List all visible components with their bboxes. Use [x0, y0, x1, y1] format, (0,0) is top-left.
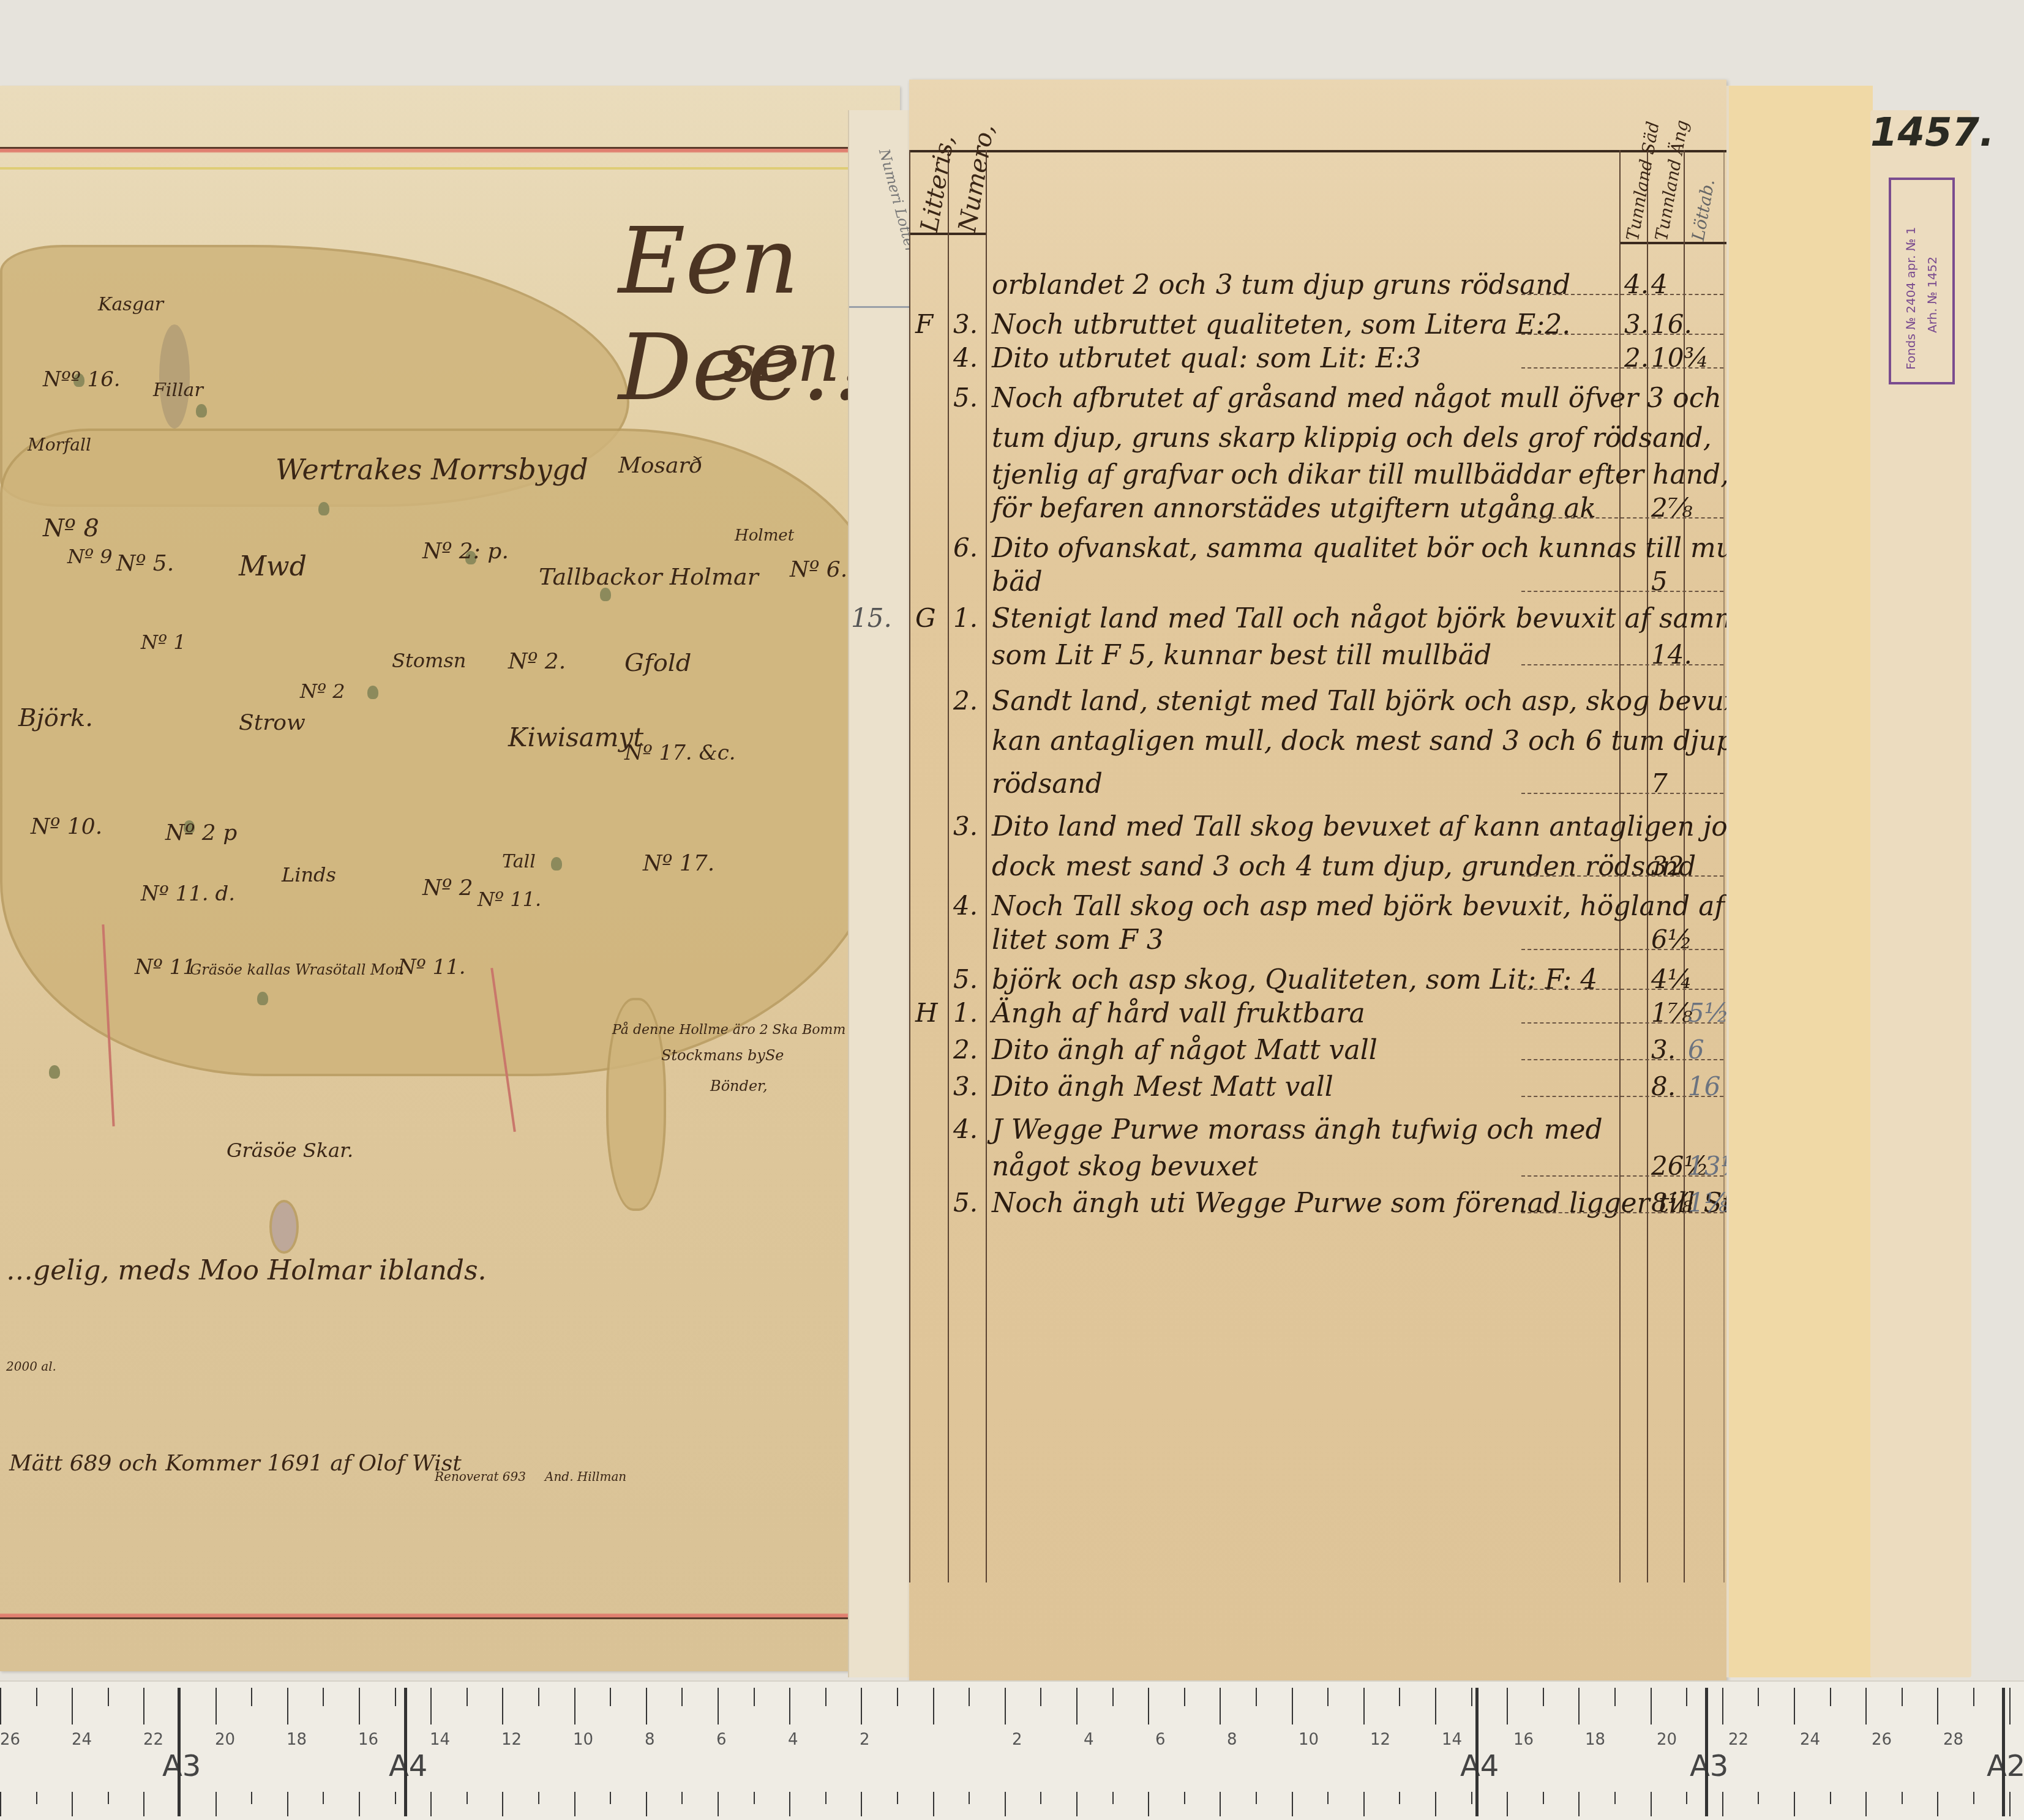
archive-number: 1457. — [1870, 110, 1994, 155]
map-label: Nº 2. — [508, 649, 566, 674]
tree-icon — [318, 502, 329, 515]
row-description: för befaren annorstädes utgiftern utgång… — [992, 493, 1596, 524]
leader-dashes — [1521, 793, 1723, 794]
ruler-tick — [969, 1688, 970, 1706]
ruler-tick — [718, 1792, 719, 1816]
ruler-tick — [1399, 1688, 1400, 1706]
ruler-tick — [1005, 1688, 1006, 1725]
tree-icon — [49, 1065, 60, 1079]
ruler-number: 10 — [1299, 1731, 1319, 1749]
ruler-tick — [610, 1792, 611, 1804]
row-litteris: F — [915, 309, 933, 339]
row-description: Noch afbrutet af gråsand med något mull … — [992, 383, 1747, 414]
ruler-tick — [1292, 1688, 1293, 1725]
col-line — [948, 150, 949, 1582]
ruler-tick — [287, 1792, 288, 1816]
ruler-tick — [1651, 1792, 1652, 1816]
map-label: Nº 6. — [790, 557, 847, 582]
ruler-number: 6 — [716, 1731, 727, 1749]
map-label: Nº 17. — [643, 851, 714, 876]
ruler-number: 12 — [501, 1731, 522, 1749]
map-label: Nº 17. &c. — [624, 741, 736, 765]
ruler-tick — [1399, 1792, 1400, 1804]
map-border-red — [0, 147, 894, 153]
ruler-tick — [1220, 1688, 1221, 1725]
ruler-tick — [1686, 1792, 1687, 1804]
row-description: Noch utbruttet qualiteten, som Litera E:… — [992, 309, 1570, 340]
ruler-tick — [36, 1792, 37, 1804]
ruler-tick — [1507, 1688, 1508, 1725]
map-label: Nº 2: p. — [422, 539, 509, 564]
ledger-top-rule — [909, 150, 1726, 152]
ruler-tick — [1973, 1792, 1974, 1804]
row-numero: 1. — [953, 603, 978, 633]
ruler-tick — [897, 1792, 898, 1804]
map-label: Nº 11. — [398, 955, 466, 979]
ruler-number: 8 — [645, 1731, 655, 1749]
ruler-tick — [1040, 1792, 1041, 1804]
ruler-format-line — [2002, 1688, 2005, 1816]
ruler-tick — [1902, 1688, 1903, 1706]
ruler-tick — [1758, 1792, 1759, 1804]
ruler-format-label: A4 — [389, 1749, 427, 1783]
row-description: björk och asp skog, Qualiteten, som Lit:… — [992, 964, 1597, 995]
ruler-number: 16 — [358, 1731, 378, 1749]
ruler-tick — [502, 1792, 503, 1816]
ruler-number: 4 — [788, 1731, 798, 1749]
ruler-number: 2 — [860, 1731, 870, 1749]
row-numero: 1. — [953, 998, 978, 1028]
backing-strip — [1726, 86, 1873, 1677]
ruler-number: 16 — [1513, 1731, 1534, 1749]
map-label: Holmet — [735, 526, 794, 545]
ruler-tick — [1543, 1688, 1544, 1706]
leader-dashes — [1521, 591, 1723, 592]
map-label: Gräsöe kallas Wrasötall Mon — [190, 961, 404, 978]
row-numero: 3. — [953, 309, 978, 339]
map-label: Wertrakes Morrsbygd — [275, 453, 588, 486]
row-description: Ängh af hård vall fruktbara — [992, 998, 1365, 1029]
ruler-tick — [36, 1688, 37, 1706]
ruler-tick — [216, 1792, 217, 1816]
ruler-tick — [72, 1792, 73, 1816]
ruler-tick — [1112, 1688, 1114, 1706]
ruler-number: 12 — [1370, 1731, 1390, 1749]
ruler-tick — [1578, 1792, 1580, 1816]
ruler-tick — [143, 1792, 144, 1816]
ruler-format-label: A3 — [1690, 1749, 1728, 1783]
map-label: And. Hillman — [545, 1469, 626, 1484]
ruler-tick — [1435, 1792, 1436, 1816]
ruler-number: 20 — [215, 1731, 235, 1749]
ruler-number: 2 — [1012, 1731, 1022, 1749]
ruler-tick — [108, 1792, 109, 1804]
ruler-tick — [897, 1688, 898, 1706]
map-border-bottom — [0, 1613, 894, 1619]
row-description: kan antagligen mull, dock mest sand 3 oc… — [992, 725, 1829, 757]
map-label: På denne Hollme äro 2 Ska Bomm — [612, 1022, 845, 1038]
map-label: Kiwisamyt — [508, 722, 643, 752]
row-numero: 5. — [953, 1188, 978, 1218]
map-label: Linds — [282, 863, 336, 886]
ruler-tick — [0, 1688, 1, 1725]
map-label: Nº 5. — [116, 551, 174, 576]
ruler-tick — [395, 1688, 396, 1706]
ruler-tick — [1363, 1792, 1365, 1816]
ruler-tick — [1830, 1792, 1831, 1804]
map-label: Stomsn — [392, 649, 466, 672]
ruler-tick — [1148, 1792, 1149, 1816]
ruler-tick — [359, 1792, 360, 1816]
ruler-tick — [861, 1792, 862, 1816]
row-description: J Wegge Purwe morass ängh tufwig och med — [992, 1114, 1603, 1145]
row-numero: 4. — [953, 891, 978, 921]
row-description: tum djup, gruns skarp klippig och dels g… — [992, 422, 1712, 454]
map-label: Fillar — [153, 380, 203, 401]
map-label: Kasgar — [98, 294, 163, 315]
ruler-number: 26 — [0, 1731, 20, 1749]
tree-icon — [367, 686, 378, 699]
ruler-tick — [789, 1688, 790, 1725]
ruler-format-label: A4 — [1460, 1749, 1499, 1783]
ruler-tick — [610, 1688, 611, 1706]
ruler-tick — [646, 1688, 647, 1725]
map-label: Nº 2 — [300, 680, 345, 703]
ruler-tick — [1578, 1688, 1580, 1725]
ledger-header-rule-right — [1619, 242, 1726, 244]
ruler-tick — [1865, 1792, 1867, 1816]
ruler-format-line — [404, 1688, 407, 1816]
ruler-tick — [574, 1792, 575, 1816]
ruler-tick — [1686, 1688, 1687, 1706]
ruler-tick — [1722, 1792, 1723, 1816]
ruler-number: 14 — [1442, 1731, 1462, 1749]
ruler-tick — [395, 1792, 396, 1804]
row-description: Stenigt land med Tall och något björk be… — [992, 603, 1824, 634]
ruler-tick — [143, 1688, 144, 1725]
map-label: Nº 8 — [43, 514, 99, 542]
col-line — [909, 150, 910, 1582]
map-label: Nº 2 — [422, 875, 473, 901]
row-litteris: H — [915, 998, 938, 1028]
ruler-tick — [467, 1792, 468, 1804]
ruler-tick — [681, 1792, 683, 1804]
ruler-number: 6 — [1155, 1731, 1166, 1749]
tree-icon — [257, 992, 268, 1005]
ruler-tick — [323, 1688, 324, 1706]
ruler-number: 4 — [1084, 1731, 1094, 1749]
ruler-tick — [1937, 1792, 1938, 1816]
row-description: Sandt land, stenigt med Tall björk och a… — [992, 686, 1793, 717]
ruler-number: 22 — [1728, 1731, 1749, 1749]
map-label: Strow — [239, 710, 305, 735]
row-litteris: G — [915, 603, 936, 633]
leader-dashes — [1521, 664, 1723, 665]
map-label: Stockmans bySe — [661, 1047, 784, 1064]
map-label: Mätt 689 och Kommer 1691 af Olof Wist — [9, 1451, 462, 1476]
row-description: Dito land med Tall skog bevuxet af kann … — [992, 811, 1766, 842]
ruler-tick — [1256, 1792, 1257, 1804]
ruler-tick — [1327, 1688, 1329, 1706]
map-label: Nº 11 — [135, 955, 196, 979]
row-numero: 6. — [953, 533, 978, 563]
ruler-number: 18 — [287, 1731, 307, 1749]
tree-icon — [551, 857, 562, 871]
ruler-tick — [359, 1688, 360, 1725]
archive-stamp: Fonds № 2404 apr. № 1 Arh. № 1452 — [1889, 178, 1955, 384]
leader-dashes — [1521, 367, 1723, 369]
row-description: Dito utbrutet qual: som Lit: E:3 — [992, 343, 1422, 374]
ruler-tick — [825, 1688, 826, 1706]
tree-icon — [196, 404, 207, 418]
ruler-tick — [1973, 1688, 1974, 1706]
map-label: Nº 11. — [478, 888, 541, 911]
map-label: Nº 1 — [141, 631, 186, 654]
row-numero: 3. — [953, 1071, 978, 1101]
ruler-tick — [969, 1792, 970, 1804]
row-description: något skog bevuxet — [992, 1151, 1258, 1182]
row-description: som Lit F 5, kunnar best till mullbäd — [992, 640, 1491, 671]
row-description: bäd — [992, 566, 1043, 597]
ruler-number: 14 — [430, 1731, 450, 1749]
row-description: rödsand — [992, 768, 1103, 800]
ruler-tick — [1435, 1688, 1436, 1725]
ruler-tick — [718, 1688, 719, 1725]
ruler-tick — [502, 1688, 503, 1725]
ruler-tick — [1184, 1792, 1185, 1804]
ruler-tick — [574, 1688, 575, 1725]
ruler-number: 24 — [72, 1731, 92, 1749]
leader-dashes — [1521, 1059, 1723, 1060]
map-label: …gelig, meds Moo Holmar iblands. — [6, 1255, 487, 1286]
ruler-number: 18 — [1585, 1731, 1605, 1749]
header-litteris: Litteris, — [915, 133, 960, 234]
ruler-tick — [251, 1688, 252, 1706]
ruler-tick — [467, 1688, 468, 1706]
row-description: dock mest sand 3 och 4 tum djup, grunden… — [992, 851, 1696, 882]
ruler-tick — [0, 1792, 1, 1816]
ruler-tick — [1830, 1688, 1831, 1706]
ruler-format-line — [178, 1688, 181, 1816]
map-label: 2000 al. — [6, 1359, 56, 1374]
stamp-fonds: Fonds № 2404 apr. № 1 — [1903, 227, 1918, 370]
ruler-tick — [1865, 1688, 1867, 1725]
ruler-tick — [1651, 1688, 1652, 1725]
ruler-tick — [1076, 1792, 1078, 1816]
gräsöe-skar-islet — [269, 1200, 299, 1254]
ruler-tick — [108, 1688, 109, 1706]
leader-dashes — [1521, 1096, 1723, 1097]
map-label: Nº 2 p — [165, 820, 237, 845]
map-label: Bönder, — [710, 1077, 768, 1095]
ruler-tick — [287, 1688, 288, 1725]
map-label: Björk. — [18, 704, 93, 732]
ruler-tick — [538, 1688, 539, 1706]
ruler-tick — [1614, 1688, 1616, 1706]
leader-dashes — [1521, 949, 1723, 950]
ruler-tick — [754, 1792, 755, 1804]
ruler-tick — [754, 1688, 755, 1706]
row-description: Dito ängh af något Matt vall — [992, 1035, 1377, 1066]
ledger-sheet: Litteris, Numero, Tunnland Säd Tunnland … — [909, 80, 1726, 1683]
map-label: Mosarð — [618, 453, 702, 478]
row-margin-number: 15. — [851, 603, 892, 633]
ruler-number: 22 — [143, 1731, 163, 1749]
ruler-format-label: A2 — [1987, 1749, 2024, 1783]
leader-dashes — [1521, 1175, 1723, 1177]
scale-ruler: 2624222018161412108642246810121416182022… — [0, 1680, 2024, 1820]
ruler-number: 10 — [573, 1731, 593, 1749]
ruler-tick — [1327, 1792, 1329, 1804]
map-label: Gfold — [624, 649, 691, 677]
ruler-tick — [1902, 1792, 1903, 1804]
ruler-tick — [1148, 1688, 1149, 1725]
ruler-tick — [323, 1792, 324, 1804]
ruler-tick — [1292, 1792, 1293, 1816]
col-line — [986, 150, 987, 1582]
ruler-tick — [825, 1792, 826, 1804]
ruler-tick — [430, 1688, 432, 1725]
ruler-tick — [1076, 1688, 1078, 1725]
ruler-tick — [2009, 1688, 2011, 1725]
ruler-tick — [861, 1688, 862, 1725]
ruler-number: 20 — [1657, 1731, 1677, 1749]
ruler-tick — [1543, 1792, 1544, 1804]
ruler-format-line — [1705, 1688, 1708, 1816]
map-label: Tall — [502, 851, 536, 872]
ruler-tick — [216, 1688, 217, 1725]
map-label: Mwd — [239, 551, 307, 582]
ruler-tick — [1471, 1792, 1472, 1804]
ruler-tick — [72, 1688, 73, 1725]
ruler-format-label: A3 — [162, 1749, 201, 1783]
row-description: Dito ofvanskat, samma qualitet bör och k… — [992, 533, 1760, 564]
ruler-tick — [1937, 1688, 1938, 1725]
row-numero: 5. — [953, 964, 978, 994]
ruler-tick — [538, 1792, 539, 1804]
ruler-tick — [1220, 1792, 1221, 1816]
map-label: Nºº 16. — [43, 367, 121, 392]
row-numero: 2. — [953, 686, 978, 716]
ruler-tick — [1507, 1792, 1508, 1816]
ruler-tick — [1758, 1688, 1759, 1706]
row-description: orblandet 2 och 3 tum djup gruns rödsand — [992, 269, 1570, 301]
ruler-number: 8 — [1227, 1731, 1237, 1749]
archive-card: 1457. Fonds № 2404 apr. № 1 Arh. № 1452 — [1870, 110, 1971, 1677]
map-border-yellow — [0, 167, 894, 170]
map-label: Tallbackor Holmar — [539, 563, 759, 590]
col-line — [1723, 150, 1725, 1582]
row-numero: 2. — [953, 1035, 978, 1065]
leader-dashes — [1521, 875, 1723, 877]
leader-dashes — [1521, 1212, 1723, 1213]
ruler-tick — [1112, 1792, 1114, 1804]
header-numero: Numero, — [953, 122, 1000, 234]
leader-dashes — [1521, 989, 1723, 990]
ruler-tick — [2009, 1792, 2011, 1816]
ruler-tick — [1184, 1688, 1185, 1706]
map-label: Nº 10. — [31, 814, 102, 839]
map-label: Renoverat 693 — [435, 1469, 526, 1484]
leader-dashes — [1521, 294, 1723, 295]
header-col3: Löttab. — [1688, 178, 1719, 242]
lake — [159, 324, 190, 429]
row-numero: 3. — [953, 811, 978, 841]
ruler-tick — [1614, 1792, 1616, 1804]
map-label: Morfall — [28, 435, 91, 455]
ruler-tick — [1005, 1792, 1006, 1816]
overlay-strip: Numeri Lotter — [848, 110, 910, 1677]
ruler-tick — [1471, 1688, 1472, 1706]
leader-dashes — [1521, 334, 1723, 335]
ruler-tick — [789, 1792, 790, 1816]
ruler-tick — [251, 1792, 252, 1804]
strip-rule — [849, 306, 910, 308]
ruler-tick — [1794, 1792, 1795, 1816]
ruler-tick — [1256, 1688, 1257, 1706]
ruler-tick — [933, 1792, 934, 1816]
row-description: Dito ängh Mest Matt vall — [992, 1071, 1333, 1103]
row-description: tjenlig af grafvar och dikar till mullbä… — [992, 459, 1729, 490]
ruler-tick — [1040, 1688, 1041, 1706]
row-numero: 4. — [953, 1114, 978, 1144]
ruler-tick — [1794, 1688, 1795, 1725]
ruler-tick — [1722, 1688, 1723, 1725]
map-label: Nº 9 — [67, 545, 113, 568]
ruler-tick — [430, 1792, 432, 1816]
ruler-number: 28 — [1943, 1731, 1963, 1749]
ruler-tick — [646, 1792, 647, 1816]
ruler-tick — [1363, 1688, 1365, 1725]
row-description: litet som F 3 — [992, 924, 1164, 956]
ruler-number: 26 — [1872, 1731, 1892, 1749]
map-label: Nº 11. d. — [141, 882, 235, 906]
stamp-arh: Arh. № 1452 — [1925, 257, 1940, 333]
ruler-tick — [933, 1688, 934, 1725]
row-numero: 5. — [953, 383, 978, 413]
ruler-format-line — [1475, 1688, 1479, 1816]
leader-dashes — [1521, 517, 1723, 519]
map-sheet: Een Dee… sen… Nºº 16.KasgarFillarMorfall… — [0, 86, 900, 1671]
map-label: Gräsöe Skar. — [227, 1139, 353, 1162]
leader-dashes — [1521, 1022, 1723, 1024]
row-numero: 4. — [953, 343, 978, 373]
ruler-number: 24 — [1800, 1731, 1820, 1749]
ruler-tick — [681, 1688, 683, 1706]
